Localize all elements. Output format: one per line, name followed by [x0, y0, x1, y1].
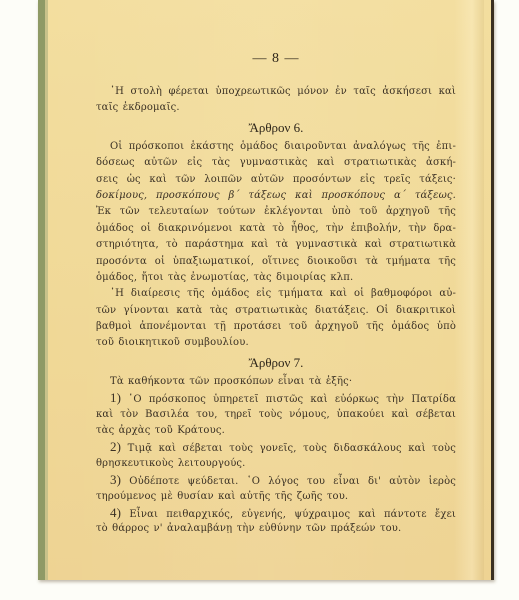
duty-item-4: 4) Εἶναι πειθαρχικός, εὐγενής, ψύχραιμος… — [96, 505, 456, 538]
text-line: τῶν γίνονται κατὰ τὰς στρατιωτικὰς διατά… — [96, 303, 456, 319]
article-6-paragraph-2: ῾Η διαίρεσις τῆς ὁμάδος εἰς τμήματα καὶ … — [96, 286, 456, 352]
item-number: 3) — [110, 472, 121, 487]
intro-paragraph: ῾Η στολὴ φέρεται ὑποχρεωτικῶς μόνον ἐν τ… — [96, 84, 456, 117]
text-line: βαθμοὶ ἀπονέμονται τῇ προτάσει τοῦ ἀρχηγ… — [96, 319, 456, 335]
text-line: δόσεως αὐτῶν εἰς τὰς γυμναστικὰς καὶ στρ… — [96, 155, 456, 171]
text-line: ὁμάδος, ἤτοι τὰς ἐνωμοτίας, τὰς διμοιρία… — [96, 270, 456, 286]
page-right-edge — [491, 0, 494, 580]
text-line: σεις ὡς καὶ τῶν λοιπῶν αὐτῶν προσόντων ε… — [96, 172, 456, 188]
duty-item-1: 1) ῾Ο πρόσκοπος ὑπηρετεῖ πιστῶς καὶ εὐόρ… — [96, 390, 456, 439]
item-text: Τιμᾷ καὶ σέβεται τοὺς γονεῖς, τοὺς διδασ… — [128, 443, 456, 454]
text-line: τοῦ διοικητικοῦ συμβουλίου. — [96, 335, 456, 351]
text-line: Οἱ πρόσκοποι ἑκάστης ὁμάδος διαιροῦνται … — [96, 139, 456, 155]
item-text: Οὐδέποτε ψεύδεται. ῾Ο λόγος του εἶναι δι… — [129, 476, 456, 487]
text-line: προσόντα οἱ ὑπαξιωματικοί, οἵτινες διοικ… — [96, 254, 456, 270]
text-line: Τὰ καθήκοντα τῶν προσκόπων εἶναι τὰ ἑξῆς… — [96, 374, 456, 390]
text-line: καὶ τὸν Βασιλέα του, τηρεῖ τοὺς νόμους, … — [96, 407, 456, 423]
paper-sheet: — 8 — ῾Η στολὴ φέρεται ὑποχρεωτικῶς μόνο… — [38, 0, 494, 580]
scanned-page: — 8 — ῾Η στολὴ φέρεται ὑποχρεωτικῶς μόνο… — [0, 0, 519, 600]
text-line: στηριότητα, τὸ παράστημα καὶ τὰ γυμναστι… — [96, 237, 456, 253]
item-text: ῾Ο πρόσκοπος ὑπηρετεῖ πιστῶς καὶ εὐόρκως… — [128, 394, 456, 405]
paper-fold-highlight — [454, 0, 484, 580]
text-line: τηρούμενος μὲ θυσίαν καὶ αὐτῆς τῆς ζωῆς … — [96, 489, 456, 505]
text-line: τὸ θάρρος ν' ἀναλαμβάνῃ τὴν εὐθύνην τῶν … — [96, 521, 456, 537]
text-line: ὁμάδος οἱ διακρινόμενοι κατὰ τὸ ἦθος, τὴ… — [96, 221, 456, 237]
text-line: Ἐκ τῶν τελευταίων τούτων ἐκλέγονται ὑπὸ … — [96, 204, 456, 220]
text-line: θρησκευτικοὺς λειτουργούς. — [96, 456, 456, 472]
binding-edge — [45, 0, 48, 580]
page-number: — 8 — — [96, 48, 456, 70]
text-line-italic: δοκίμους, προσκόπους β΄ τάξεως καὶ προσκ… — [96, 188, 456, 204]
text-line: 3) Οὐδέποτε ψεύδεται. ῾Ο λόγος του εἶναι… — [96, 472, 456, 488]
item-number: 1) — [110, 390, 121, 405]
article-6-paragraph-1: Οἱ πρόσκοποι ἑκάστης ὁμάδος διαιροῦνται … — [96, 139, 456, 287]
article-7-heading: Ἄρθρον 7. — [96, 353, 456, 373]
text-line: 2) Τιμᾷ καὶ σέβεται τοὺς γονεῖς, τοὺς δι… — [96, 439, 456, 455]
text-line: ῾Η στολὴ φέρεται ὑποχρεωτικῶς μόνον ἐν τ… — [96, 84, 456, 100]
page-content: — 8 — ῾Η στολὴ φέρεται ὑποχρεωτικῶς μόνο… — [96, 48, 456, 538]
green-binding-strip — [38, 0, 45, 580]
text-line: 4) Εἶναι πειθαρχικός, εὐγενής, ψύχραιμος… — [96, 505, 456, 521]
article-6-heading: Ἄρθρον 6. — [96, 118, 456, 138]
item-number: 4) — [110, 505, 121, 520]
text-line: ῾Η διαίρεσις τῆς ὁμάδος εἰς τμήματα καὶ … — [96, 286, 456, 302]
item-text: Εἶναι πειθαρχικός, εὐγενής, ψύχραιμος κα… — [129, 509, 456, 520]
duty-item-3: 3) Οὐδέποτε ψεύδεται. ῾Ο λόγος του εἶναι… — [96, 472, 456, 505]
item-number: 2) — [110, 439, 121, 454]
text-line: 1) ῾Ο πρόσκοπος ὑπηρετεῖ πιστῶς καὶ εὐόρ… — [96, 390, 456, 406]
duty-item-2: 2) Τιμᾷ καὶ σέβεται τοὺς γονεῖς, τοὺς δι… — [96, 439, 456, 472]
article-7-intro: Τὰ καθήκοντα τῶν προσκόπων εἶναι τὰ ἑξῆς… — [96, 374, 456, 390]
text-line: ταῖς ἐκδρομαῖς. — [96, 100, 456, 116]
text-line: τὰς ἀρχὰς τοῦ Κράτους. — [96, 423, 456, 439]
